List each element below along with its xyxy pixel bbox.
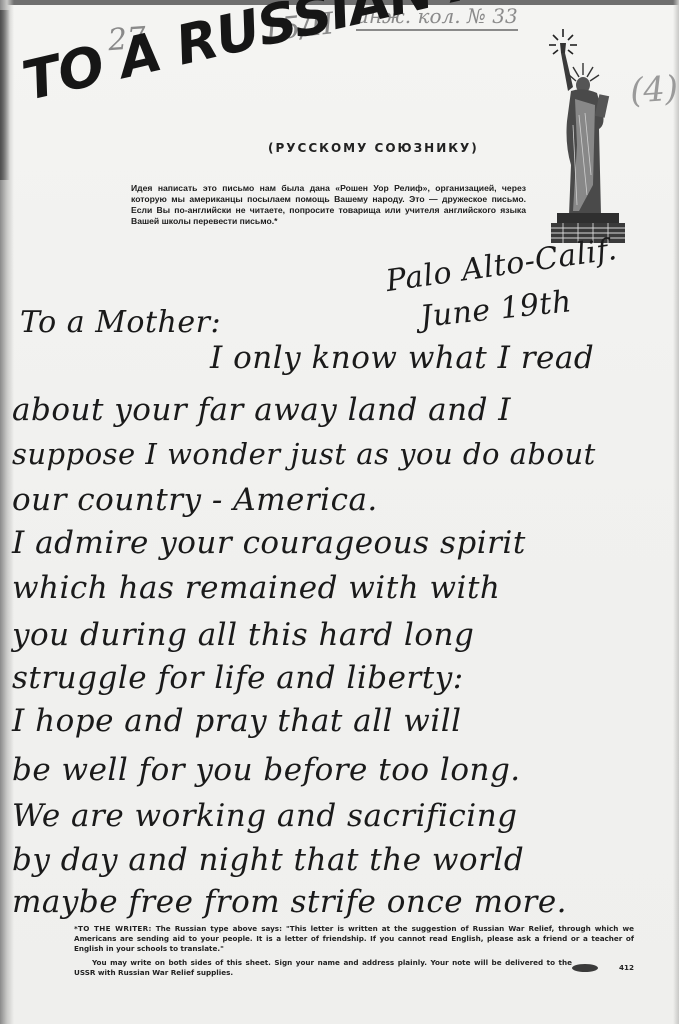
statue-of-liberty-icon [543, 25, 633, 247]
union-label: 412 [572, 963, 634, 973]
archive-mark-right-margin: (4) [629, 68, 679, 111]
letter-line: our country - America. [12, 482, 378, 518]
letter-line: be well for you before too long. [12, 752, 521, 788]
letter-line: maybe free from strife once more. [12, 884, 567, 920]
footer-bottom-row: You may write on both sides of this shee… [74, 958, 634, 978]
letter-sheet: 27 15/II инж. кол. № 33 (4) TO A RUSSIAN… [0, 0, 679, 1024]
letterhead-russian-intro: Идея написать это письмо нам была дана «… [131, 183, 526, 227]
letter-place: Palo Alto-Calif. [384, 232, 620, 299]
letter-line: about your far away land and I [12, 392, 511, 428]
letter-line: by day and night that the world [12, 842, 524, 878]
letter-line: I only know what I read [210, 340, 594, 376]
footer-paragraph-1: The Russian type above says: "This lette… [74, 924, 634, 953]
letter-line: you during all this hard long [12, 617, 474, 653]
letterhead-subtitle: (РУССКОМУ СОЮЗНИКУ) [268, 141, 479, 155]
footer-note: *TO THE WRITER: The Russian type above s… [74, 924, 634, 978]
footer-label: *TO THE WRITER: [74, 924, 152, 933]
letter-line: We are working and sacrificing [12, 798, 518, 834]
letter-date: June 19th [419, 284, 574, 335]
union-bug-icon [572, 964, 598, 972]
page-binding-shadow [0, 10, 10, 180]
letter-line: which has remained with with [12, 570, 500, 606]
letter-line: struggle for life and liberty: [12, 660, 464, 696]
letter-line: I admire your courageous spirit [12, 525, 526, 561]
union-number: 412 [601, 963, 634, 973]
letter-line: suppose I wonder just as you do about [12, 437, 596, 471]
footer-paragraph-2: You may write on both sides of this shee… [74, 958, 572, 978]
letter-salutation: To a Mother: [20, 305, 221, 340]
letter-line: I hope and pray that all will [12, 703, 462, 739]
page-right-edge [673, 0, 679, 1024]
